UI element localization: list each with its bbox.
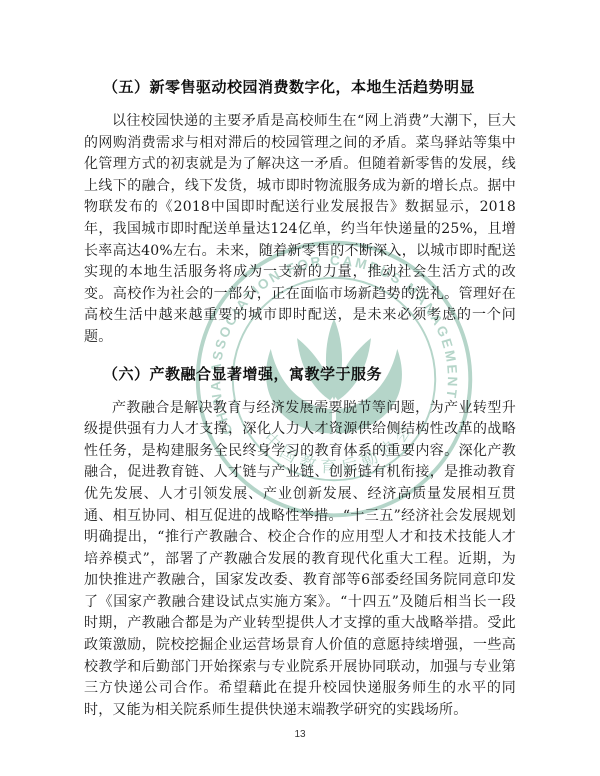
section-5-heading: （五）新零售驱动校园消费数字化，本地生活趋势明显	[103, 78, 516, 98]
section-5-paragraph: 以往校园快递的主要矛盾是高校师生在“网上消费”大潮下，巨大的网购消费需求与相对滞…	[84, 111, 516, 349]
page-footer: 13	[0, 722, 600, 741]
page-number: 13	[294, 729, 305, 740]
section-6-paragraph: 产教融合是解决教育与经济发展需要脱节等问题，为产业转型升级提供强有力人才支撑，深…	[84, 398, 516, 722]
section-6-heading: （六）产教融合显著增强，寓教学于服务	[103, 365, 516, 385]
document-page: CHINA ASSOCIATION FOR CAMPUS MANAGEMENT …	[0, 0, 600, 776]
document-body: （五）新零售驱动校园消费数字化，本地生活趋势明显 以往校园快递的主要矛盾是高校师…	[84, 0, 516, 721]
